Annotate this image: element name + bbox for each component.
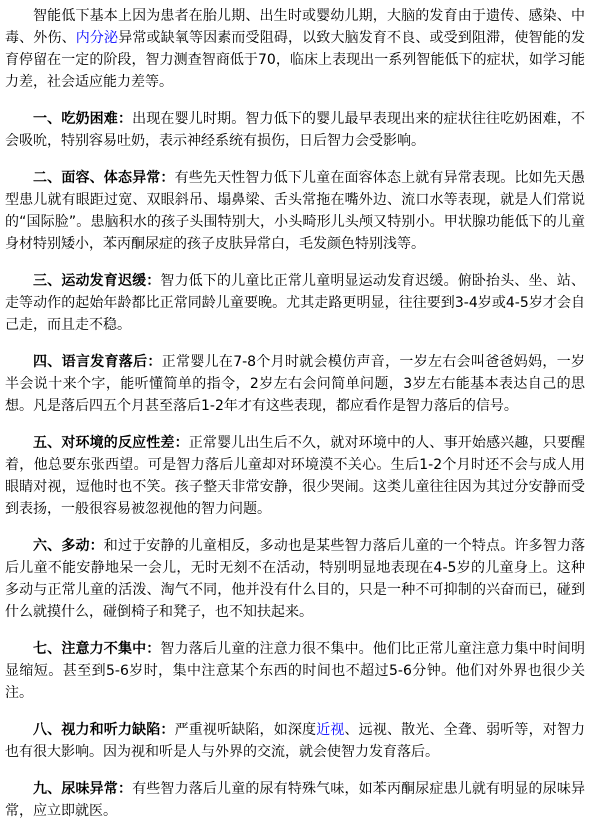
section-heading: 九、尿味异常： xyxy=(33,781,132,797)
section-heading: 七、注意力不集中： xyxy=(33,641,160,657)
section-feeding-difficulty: 一、吃奶困难：出现在婴儿时期。智力低下的婴儿最早表现出来的症状往往吃奶困难，不会… xyxy=(5,108,585,152)
intro-paragraph: 智能低下基本上因为患者在胎儿期、出生时或婴幼儿期，大脑的发育由于遗传、感染、中毒… xyxy=(5,5,585,93)
section-facial-abnormality: 二、面容、体态异常：有些先天性智力低下儿童在面容体态上就有异常表现。比如先天愚型… xyxy=(5,167,585,255)
section-attention-deficit: 七、注意力不集中：智力落后儿童的注意力很不集中。他们比正常儿童注意力集中时间明显… xyxy=(5,638,585,704)
section-hyperactivity: 六、多动：和过于安静的儿童相反，多动也是某些智力落后儿童的一个特点。许多智力落后… xyxy=(5,535,585,623)
section-motor-delay: 三、运动发育迟缓：智力低下的儿童比正常儿童明显运动发育迟缓。俯卧抬头、坐、站、走… xyxy=(5,270,585,336)
endocrine-link[interactable]: 内分泌 xyxy=(76,30,118,46)
section-poor-environment-response: 五、对环境的反应性差：正常婴儿出生后不久，就对环境中的人、事开始感兴趣，只要醒着… xyxy=(5,432,585,520)
section-language-delay: 四、语言发育落后：正常婴儿在7-8个月时就会模仿声音，一岁左右会叫爸爸妈妈，一岁… xyxy=(5,351,585,417)
section-heading: 八、视力和听力缺陷： xyxy=(33,722,175,738)
section-vision-hearing-defect: 八、视力和听力缺陷：严重视听缺陷，如深度近视、远视、散光、全聋、弱听等，对智力也… xyxy=(5,719,585,763)
section-heading: 五、对环境的反应性差： xyxy=(33,435,189,451)
myopia-link[interactable]: 近视 xyxy=(316,722,344,738)
section-heading: 三、运动发育迟缓： xyxy=(33,273,160,289)
section-heading: 一、吃奶困难： xyxy=(33,111,132,127)
section-heading: 四、语言发育落后： xyxy=(33,354,162,370)
section-heading: 六、多动： xyxy=(33,538,104,554)
section-body-pre: 严重视听缺陷，如深度 xyxy=(175,722,317,738)
section-urine-odor: 九、尿味异常：有些智力落后儿童的尿有特殊气味，如苯丙酮尿症患儿就有明显的尿味异常… xyxy=(5,778,585,822)
section-heading: 二、面容、体态异常： xyxy=(33,170,175,186)
article-body: 智能低下基本上因为患者在胎儿期、出生时或婴幼儿期，大脑的发育由于遗传、感染、中毒… xyxy=(0,0,590,828)
